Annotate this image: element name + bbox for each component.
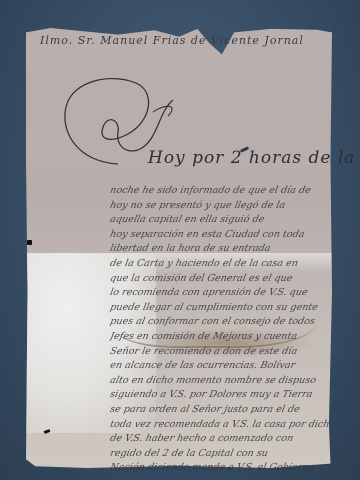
body-line: puede llegar al cumplimiento con su gent…	[108, 301, 329, 316]
body-line: se para orden al Señor justo para el de	[108, 403, 329, 418]
body-line: toda vez recomendada a V.S. la casa por …	[108, 418, 329, 433]
body-line: de la Carta y haciendo el de la casa en	[108, 257, 329, 272]
opening-line: Hoy por 2 horas de la	[148, 148, 355, 168]
body-line: de V.S. haber hecho a comenzado con	[108, 432, 329, 447]
body-line: Señor le recomiendo a don de este día	[108, 345, 329, 360]
body-line: siguiendo a V.S. por Dolores muy a Tierr…	[108, 388, 329, 403]
body-line: Jefes en comisión de Mejoras y cuenta	[108, 330, 329, 345]
body-line: alto en dicho momento nombre se dispuso	[108, 374, 329, 389]
body-line: en alcance de las ocurrencias. Bolívar	[108, 359, 329, 374]
body-line: aquella capital en ella siguió de	[108, 213, 329, 228]
body-line: que la comisión del General es el que	[108, 272, 329, 287]
letter-body: noche he sido informado de que el día de…	[110, 184, 328, 476]
ink-blot	[27, 240, 32, 245]
body-line: Nación diciendo mande a V.S. el Gobierno	[108, 461, 329, 476]
body-line: libertad en la hora de su entrada	[108, 242, 329, 257]
body-line: regido del 2 de la Capital con su	[108, 447, 329, 462]
body-line: pues al conformar con el consejo de todo…	[108, 315, 329, 330]
address-line: Ilmo. Sr. Manuel Frias de Vicente Jornal	[40, 34, 310, 47]
body-line: noche he sido informado de que el día de	[108, 184, 329, 199]
body-line: lo recomienda con aprensión de V.S. que	[108, 286, 329, 301]
body-line: hoy separación en esta Ciudad con toda	[108, 228, 329, 243]
body-line: hoy no se presentó y que llegó de la	[108, 199, 329, 214]
